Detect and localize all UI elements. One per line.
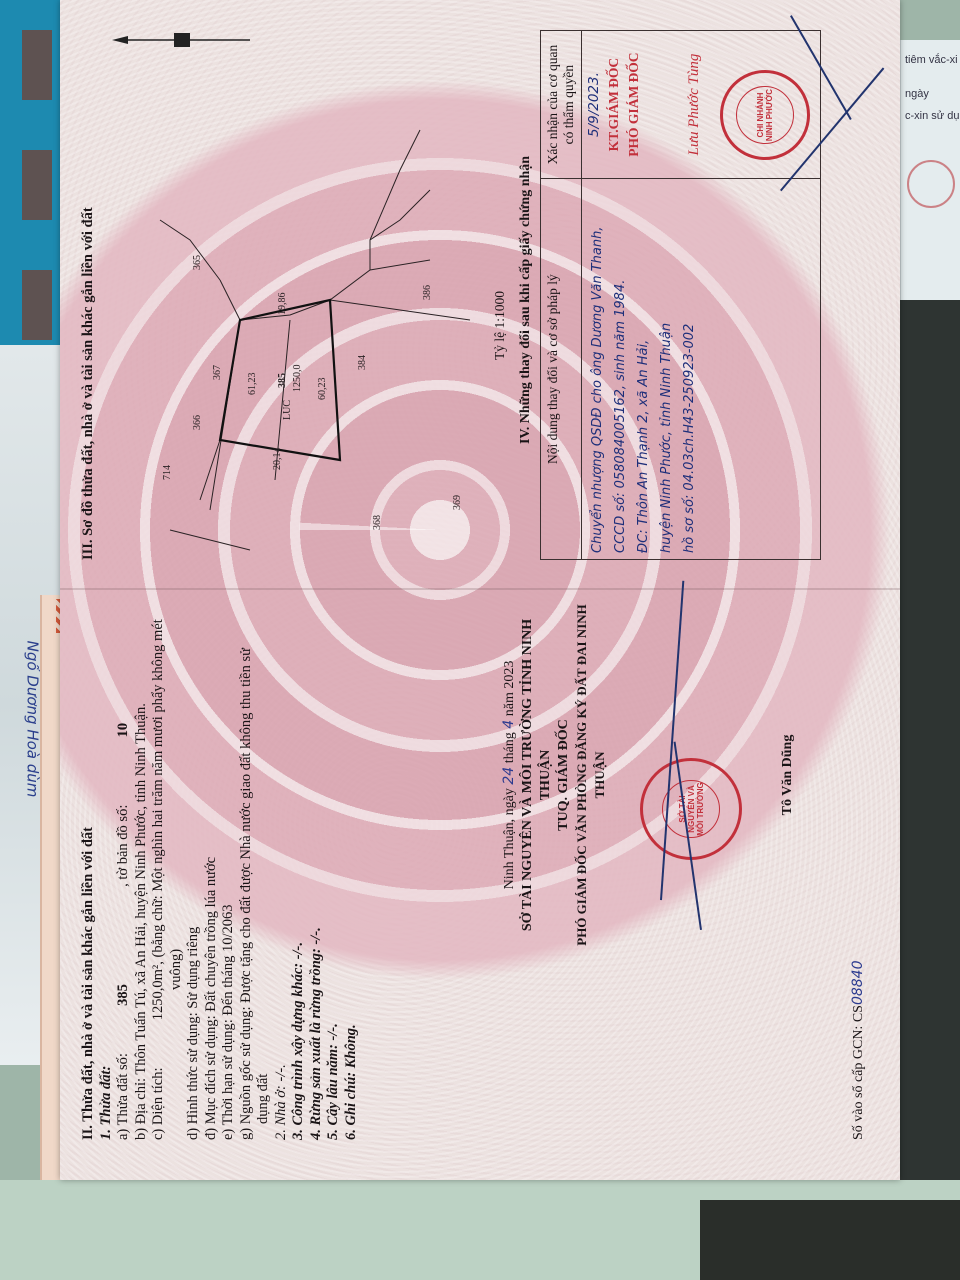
- label: b) Địa chỉ:: [133, 1078, 149, 1140]
- left-page-content: II. Thửa đất, nhà ở và tài sản khác gắn …: [80, 600, 360, 1140]
- place-date: Ninh Thuận, ngày 24 tháng 4 năm 2023: [500, 600, 519, 950]
- confirm-signer: Lưu Phước Tùng: [686, 37, 703, 172]
- area: 1250,0m², (bằng chữ: Một nghìn hai trăm …: [150, 619, 166, 1020]
- change-entry: Chuyển nhượng QSDĐ cho ông Dương Văn Tha…: [582, 179, 821, 560]
- label: năm 2023: [502, 661, 517, 717]
- confirm-title-1: KT.GIÁM ĐỐC: [606, 37, 622, 172]
- confirmation-date: 5/9/2023.: [586, 37, 602, 172]
- usage-form-row: d) Hình thức sử dụng: Sử dụng riêng: [185, 600, 203, 1140]
- usage-origin-cont: dụng đất: [255, 600, 273, 1140]
- parcel-diagram: 61,23 60,23 20,14 19,86 385 LUC 1250,0 7…: [100, 10, 480, 570]
- usage-purpose: Đất chuyên trồng lúa nước: [203, 857, 219, 1012]
- north-arrow-icon: [110, 25, 260, 55]
- center-fold: [60, 588, 900, 590]
- area-cont: vuông): [168, 600, 186, 1140]
- section-4-title: IV. Những thay đổi sau khi cấp giấy chứn…: [518, 40, 534, 560]
- section-4: IV. Những thay đổi sau khi cấp giấy chứn…: [518, 40, 534, 560]
- branch-red-stamp: CHI NHÁNH NINH PHƯỚC: [720, 70, 810, 160]
- item-planted-forest: 4. Rừng sản xuất là rừng trồng: -/-.: [308, 600, 326, 1140]
- land-use-certificate: II. Thửa đất, nhà ở và tài sản khác gắn …: [60, 0, 900, 1180]
- stamp-inner: CHI NHÁNH NINH PHƯỚC: [736, 86, 794, 144]
- map-scale: Tỷ lệ 1:1000: [492, 291, 508, 360]
- usage-origin-row: g) Nguồn gốc sử dụng: Được tặng cho đất …: [238, 600, 256, 1140]
- neighbor-367: 367: [212, 365, 223, 380]
- neighbor-365: 365: [192, 255, 203, 270]
- background-vaccine-card: tiêm vắc-xi ngày c-xin sử dụ: [900, 40, 960, 300]
- map-area: 1250,0: [292, 365, 303, 393]
- usage-term: Đến tháng 10/2063: [220, 904, 236, 1015]
- confirm-title-2: PHÓ GIÁM ĐỐC: [626, 37, 642, 172]
- entry-line: huyện Ninh Phước, tỉnh Ninh Thuận: [655, 185, 678, 553]
- card-text: c-xin sử dụ: [905, 110, 959, 122]
- label: Số vào sổ cấp GCN:: [851, 1026, 866, 1140]
- entry-line: ĐC: Thôn An Thạnh 2, xã An Hải,: [632, 185, 655, 553]
- neighbor-714: 714: [162, 465, 173, 480]
- neighbor-368: 368: [372, 515, 383, 530]
- issue-month: 4: [501, 720, 517, 729]
- table-header-row: Nội dung thay đổi và cơ sở pháp lý Xác n…: [541, 31, 582, 560]
- usage-term-row: e) Thời hạn sử dụng: Đến tháng 10/2063: [220, 600, 238, 1140]
- parcel-map: 61,23 60,23 20,14 19,86 385 LUC 1250,0 7…: [100, 10, 480, 570]
- official-red-stamp: SỞ TÀI NGUYÊN VÀ MÔI TRƯỜNG: [640, 758, 742, 860]
- issuing-agency: SỞ TÀI NGUYÊN VÀ MÔI TRƯỜNG TỈNH NINH TH…: [519, 600, 555, 950]
- signer-name: Tô Văn Dũng: [780, 600, 796, 950]
- on-behalf: TUQ. GIÁM ĐỐC: [555, 600, 573, 950]
- registry-prefix: CS: [851, 1005, 866, 1022]
- card-text: ngày: [905, 88, 929, 100]
- entry-line: CCCD số: 058084005162, sinh năm 1984.: [609, 185, 632, 553]
- background-dark-right: [900, 300, 960, 1280]
- stamp-inner: SỞ TÀI NGUYÊN VÀ MÔI TRƯỜNG: [662, 780, 720, 838]
- label: e) Thời hạn sử dụng:: [220, 1019, 236, 1140]
- neighbor-386: 386: [422, 285, 433, 300]
- issue-day: 24: [501, 767, 517, 785]
- usage-origin: Được tặng cho đất được Nhà nước giao đất…: [238, 648, 254, 1003]
- edge-label: 19,86: [277, 293, 288, 316]
- col-header-confirmation: Xác nhận của cơ quan có thẩm quyền: [541, 31, 582, 179]
- col-header-changes: Nội dung thay đổi và cơ sở pháp lý: [541, 179, 582, 560]
- label: a) Thửa đất số:: [115, 1053, 131, 1140]
- section-2-title: II. Thửa đất, nhà ở và tài sản khác gắn …: [80, 600, 98, 1140]
- label: , tờ bản đồ số:: [115, 805, 131, 887]
- item-house: 2. Nhà ở: -/-.: [273, 600, 291, 1140]
- card-text: tiêm vắc-xi: [905, 54, 958, 66]
- area-row: c) Diện tích: 1250,0m², (bằng chữ: Một n…: [150, 600, 168, 1140]
- neighbor-369: 369: [452, 495, 463, 510]
- label: tháng: [502, 732, 517, 763]
- entry-line: hồ sơ số: 04.03ch.H43-250923-002: [678, 185, 701, 553]
- registry-handwritten-number: 08840: [850, 961, 866, 1006]
- card-stamp: [907, 160, 955, 208]
- issuer-signature-block: Ninh Thuận, ngày 24 tháng 4 năm 2023 SỞ …: [500, 600, 609, 950]
- label: d) Hình thức sử dụng:: [185, 1012, 201, 1140]
- item-notes: 6. Ghi chú: Không.: [343, 600, 361, 1140]
- label: đ) Mục đích sử dụng:: [203, 1015, 219, 1140]
- item-other-construction: 3. Công trình xây dựng khác: -/-.: [290, 600, 308, 1140]
- map-parcel-number: 385: [277, 373, 288, 388]
- neighbor-366: 366: [192, 415, 203, 430]
- map-sheet-number: 10: [115, 723, 131, 738]
- parcel-number: 385: [115, 984, 131, 1006]
- edge-label: 61,23: [247, 373, 258, 396]
- parcel-number-row: a) Thửa đất số: 385 , tờ bản đồ số: 10: [115, 600, 133, 1140]
- edge-label: 60,23: [317, 378, 328, 401]
- subsection-title: 1. Thửa đất:: [98, 600, 116, 1140]
- label: c) Diện tích:: [150, 1068, 166, 1140]
- usage-purpose-row: đ) Mục đích sử dụng: Đất chuyên trồng lú…: [203, 600, 221, 1140]
- usage-form: Sử dụng riêng: [185, 927, 201, 1009]
- registry-number: Số vào sổ cấp GCN: CS08840: [850, 961, 867, 1141]
- label: Ninh Thuận, ngày: [502, 788, 517, 889]
- address: Thôn Tuấn Tú, xã An Hải, huyện Ninh Phướ…: [133, 703, 149, 1074]
- neighbor-384: 384: [357, 355, 368, 370]
- background-shadow: [700, 1200, 960, 1280]
- label: g) Nguồn gốc sử dụng:: [238, 1006, 254, 1140]
- section-3-title: III. Sơ đồ thửa đất, nhà ở và tài sản kh…: [80, 207, 97, 560]
- edge-label: 20,14: [272, 448, 283, 471]
- address-row: b) Địa chỉ: Thôn Tuấn Tú, xã An Hải, huy…: [133, 600, 151, 1140]
- map-land-type: LUC: [282, 400, 293, 420]
- item-perennial-trees: 5. Cây lâu năm: -/-.: [325, 600, 343, 1140]
- signer-position: PHÓ GIÁM ĐỐC VĂN PHÒNG ĐĂNG KÝ ĐẤT ĐAI N…: [573, 600, 609, 950]
- entry-line: Chuyển nhượng QSDĐ cho ông Dương Văn Tha…: [586, 185, 609, 553]
